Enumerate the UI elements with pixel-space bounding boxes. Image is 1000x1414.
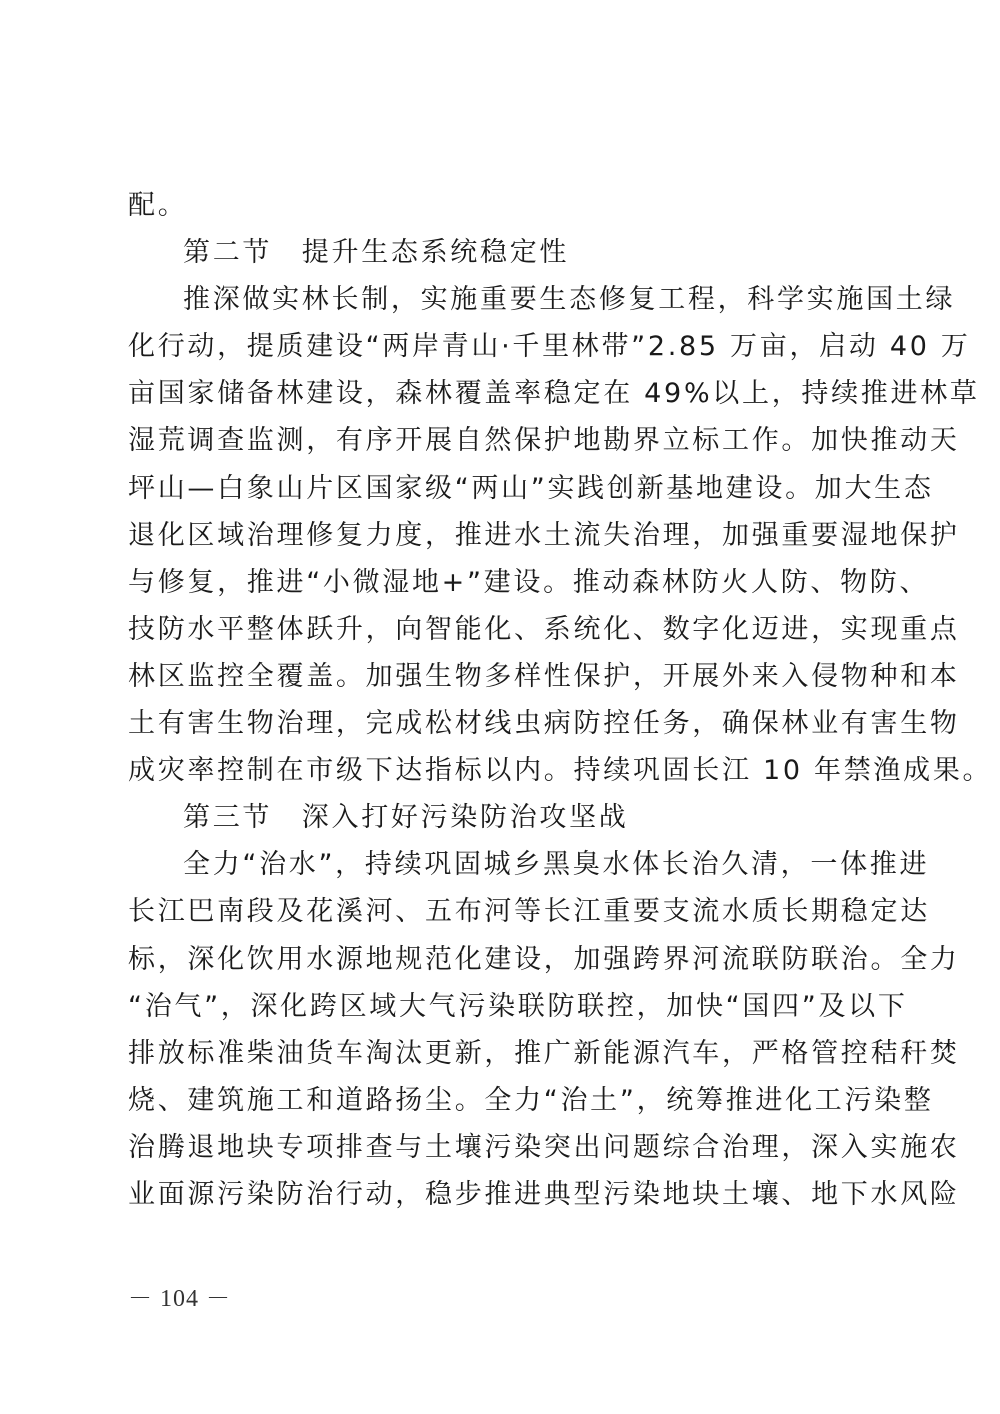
paragraph-line: 亩国家储备林建设，森林覆盖率稳定在 49%以上，持续推进林草 <box>128 370 873 417</box>
text-line-continuation: 配。 <box>128 182 873 229</box>
paragraph-line: 湿荒调查监测，有序开展自然保护地勘界立标工作。加快推动天 <box>128 417 873 464</box>
paragraph-line: “治气”，深化跨区域大气污染联防联控，加快“国四”及以下 <box>128 983 873 1030</box>
page-number: － 104 － <box>128 1278 231 1313</box>
paragraph-line: 成灾率控制在市级下达指标以内。持续巩固长江 10 年禁渔成果。 <box>128 747 873 794</box>
paragraph-line: 技防水平整体跃升，向智能化、系统化、数字化迈进，实现重点 <box>128 606 873 653</box>
paragraph-line: 化行动，提质建设“两岸青山·千里林带”2.85 万亩，启动 40 万 <box>128 323 873 370</box>
section-heading-2: 第二节 提升生态系统稳定性 <box>128 229 873 276</box>
paragraph-line: 标，深化饮用水源地规范化建设，加强跨界河流联防联治。全力 <box>128 936 873 983</box>
document-page: 配。 第二节 提升生态系统稳定性 推深做实林长制，实施重要生态修复工程，科学实施… <box>128 182 873 1218</box>
paragraph-line: 治腾退地块专项排查与土壤污染突出问题综合治理，深入实施农 <box>128 1124 873 1171</box>
paragraph-line: 烧、建筑施工和道路扬尘。全力“治土”，统筹推进化工污染整 <box>128 1077 873 1124</box>
paragraph-line: 坪山—白象山片区国家级“两山”实践创新基地建设。加大生态 <box>128 465 873 512</box>
paragraph-line: 与修复，推进“小微湿地+”建设。推动森林防火人防、物防、 <box>128 559 873 606</box>
paragraph-line: 退化区域治理修复力度，推进水土流失治理，加强重要湿地保护 <box>128 512 873 559</box>
paragraph-line: 排放标准柴油货车淘汰更新，推广新能源汽车，严格管控秸秆焚 <box>128 1030 873 1077</box>
paragraph-line: 全力“治水”，持续巩固城乡黑臭水体长治久清，一体推进 <box>128 841 873 888</box>
section-heading-3: 第三节 深入打好污染防治攻坚战 <box>128 794 873 841</box>
paragraph-line: 推深做实林长制，实施重要生态修复工程，科学实施国土绿 <box>128 276 873 323</box>
paragraph-line: 土有害生物治理，完成松材线虫病防控任务，确保林业有害生物 <box>128 700 873 747</box>
paragraph-line: 长江巴南段及花溪河、五布河等长江重要支流水质长期稳定达 <box>128 888 873 935</box>
paragraph-line: 业面源污染防治行动，稳步推进典型污染地块土壤、地下水风险 <box>128 1171 873 1218</box>
paragraph-line: 林区监控全覆盖。加强生物多样性保护，开展外来入侵物种和本 <box>128 653 873 700</box>
